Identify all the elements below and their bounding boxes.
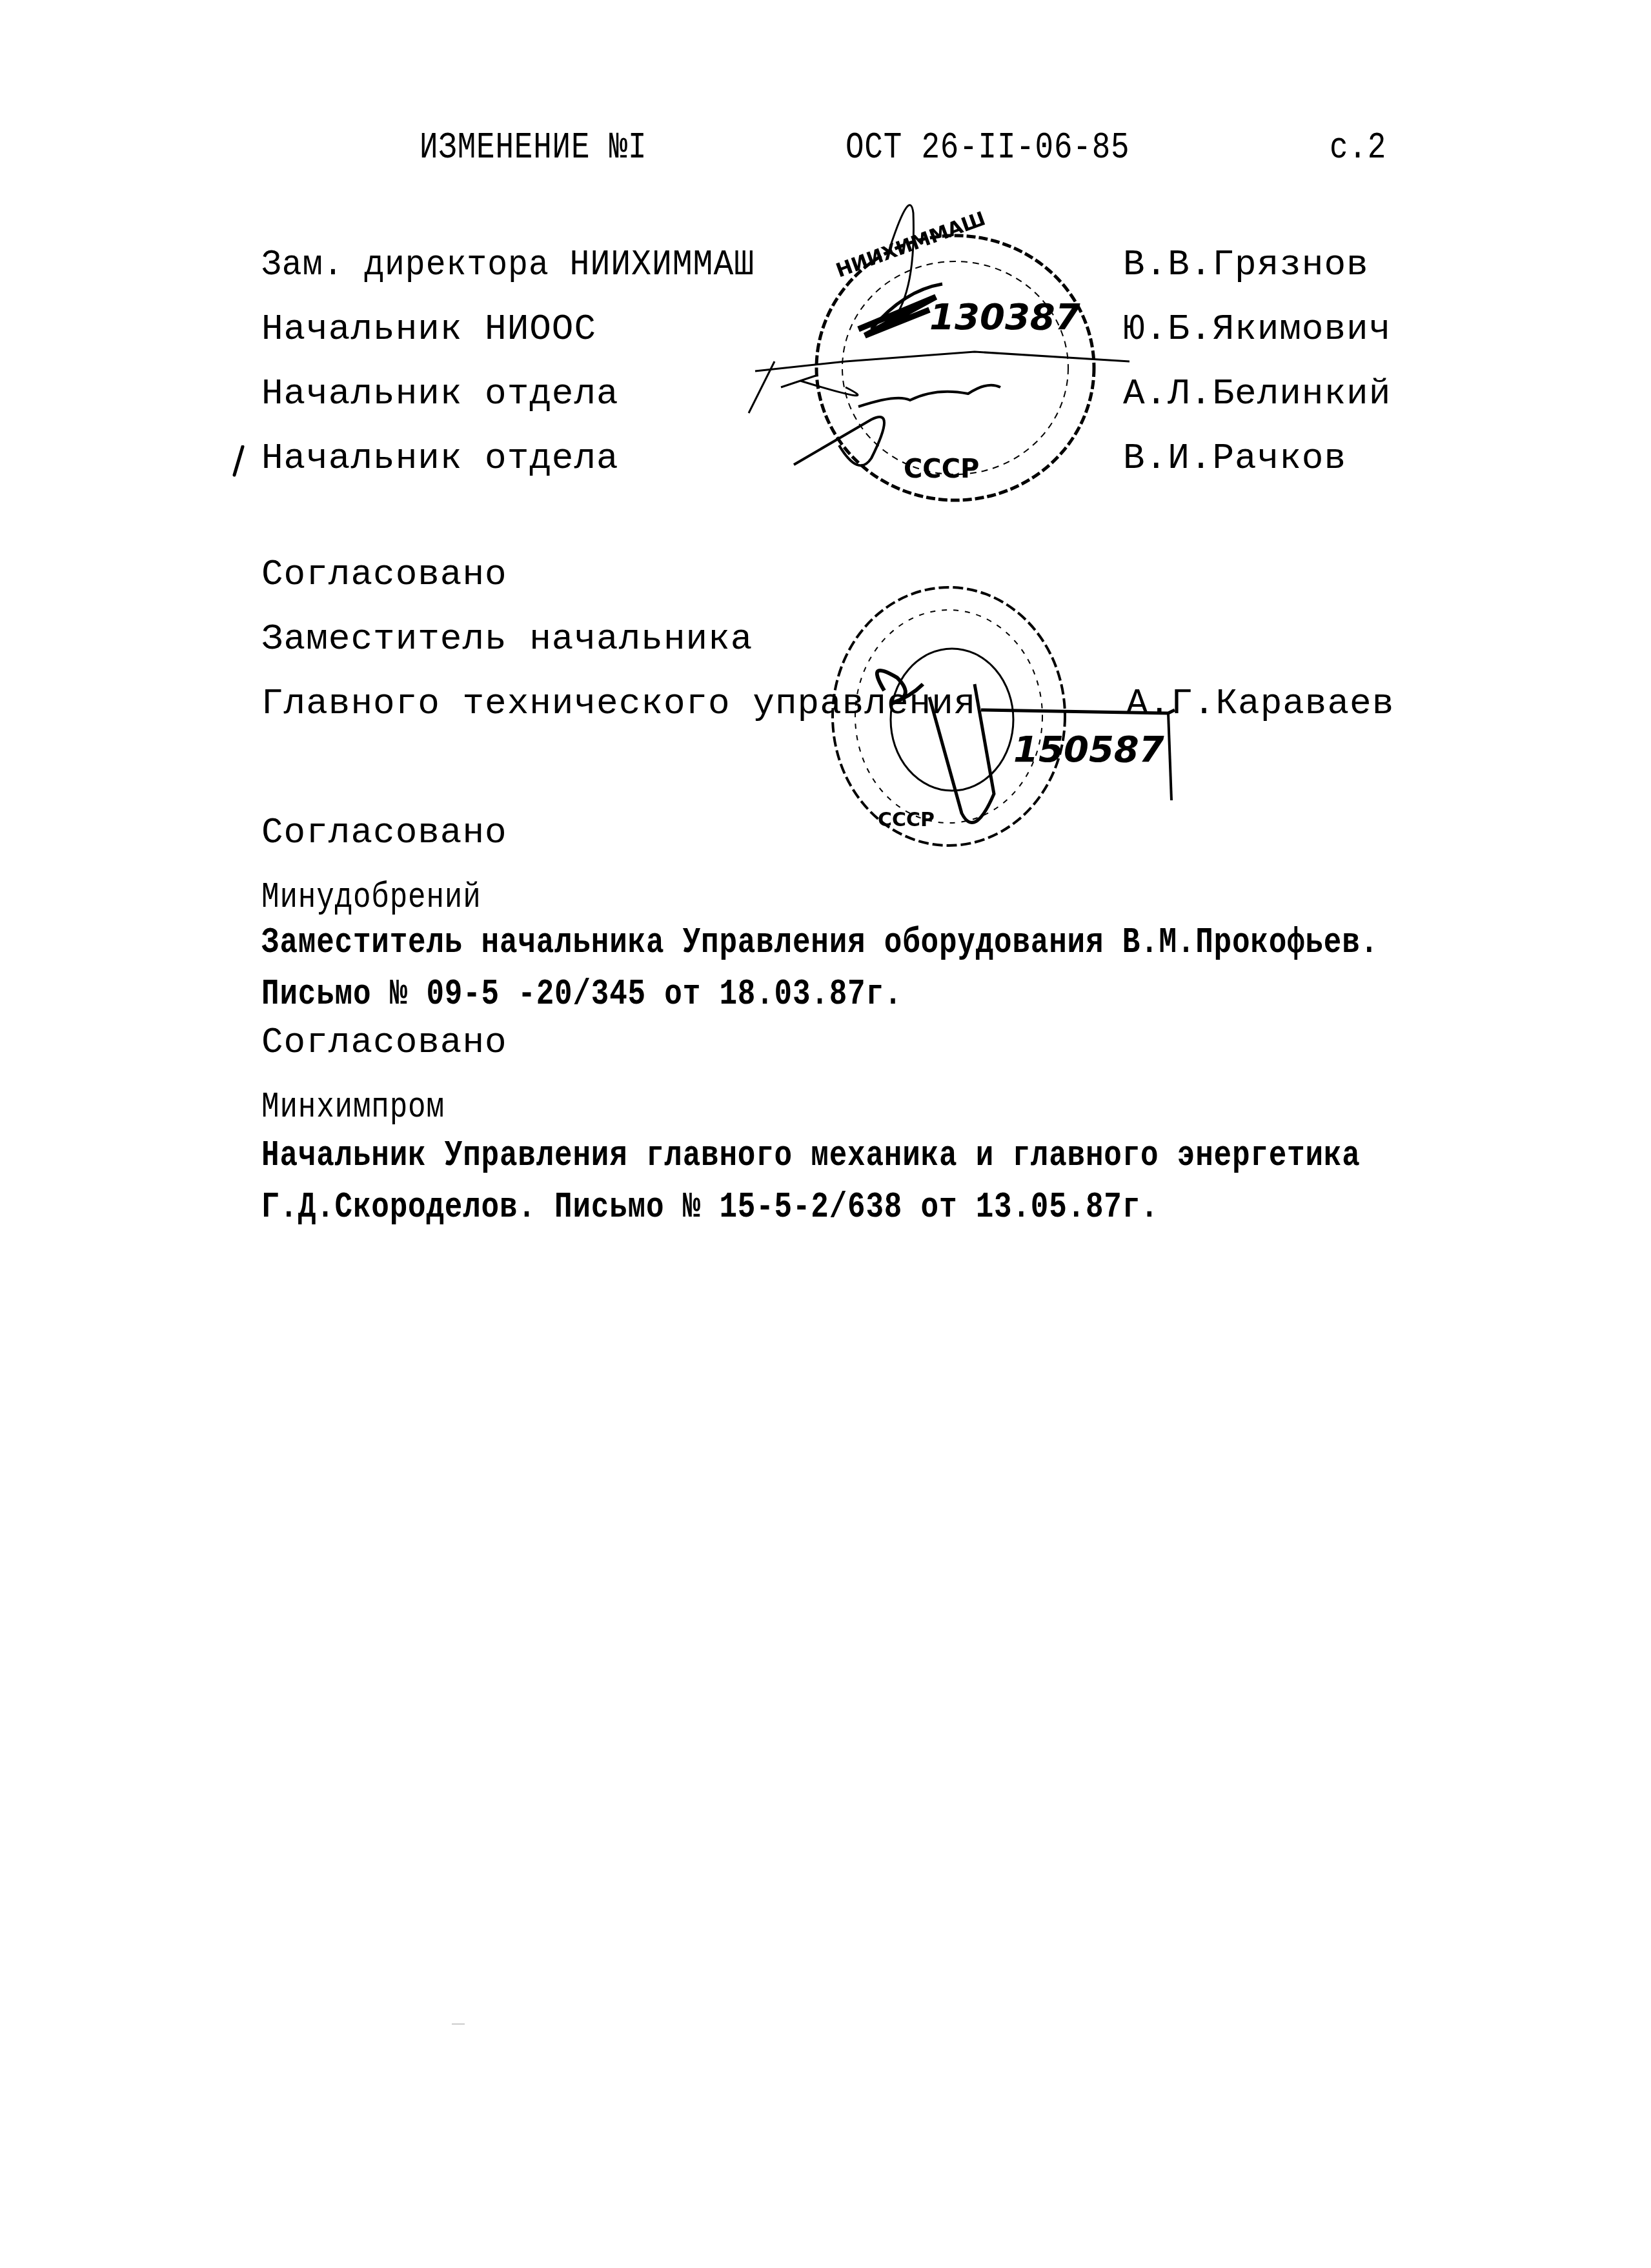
signatory-position-3: Начальник отдела [261,371,619,416]
signatory-name-4: В.И.Рачков [1123,436,1346,481]
svg-text:150587: 150587 [1013,729,1164,771]
svg-text:130387: 130387 [929,296,1080,338]
svg-text:СССР: СССР [904,454,979,484]
approval-label-2: Согласовано [261,810,507,855]
check-mark-icon [232,445,245,478]
approval-label-3: Согласовано [261,1020,507,1065]
approval-2-line-1: Заместитель начальника Управления оборуд… [261,920,1379,965]
official-seal-stamp-2-icon: СССР 150587 [807,581,1226,878]
signatory-position-1: Зам. директора НИИХИММАШ [261,242,755,287]
approval-label-1: Согласовано [261,552,507,597]
approval-2-letter-ref: Письмо № 09-5 -20/345 от 18.03.87г. [261,971,902,1017]
approval-2-ministry: Минудобрений [261,875,481,920]
approval-3-ministry: Минхимпром [261,1084,445,1129]
signatory-name-2: Ю.Б.Якимович [1123,307,1391,352]
signatory-name-3: А.Л.Белинкий [1123,371,1391,416]
standard-code: ОСТ 26-II-06-85 [846,126,1129,171]
approval-3-letter-ref: Г.Д.Скороделов. Письмо № 15-5-2/638 от 1… [261,1184,1159,1230]
official-seal-stamp-icon: 130387 СССР НИИХИММАШ [742,174,1129,523]
page-number: с.2 [1330,126,1386,171]
approval-3-line-1: Начальник Управления главного механика и… [261,1133,1361,1178]
approval-1-position-line-1: Заместитель начальника [261,616,753,662]
scan-artifact [452,2023,465,2025]
svg-text:СССР: СССР [878,809,935,831]
signatory-position-4: Начальник отдела [261,436,619,481]
signatory-name-1: В.В.Грязнов [1123,242,1369,287]
change-number-label: ИЗМЕНЕНИЕ №I [420,126,647,171]
signatory-position-2: Начальник НИООС [261,307,596,352]
